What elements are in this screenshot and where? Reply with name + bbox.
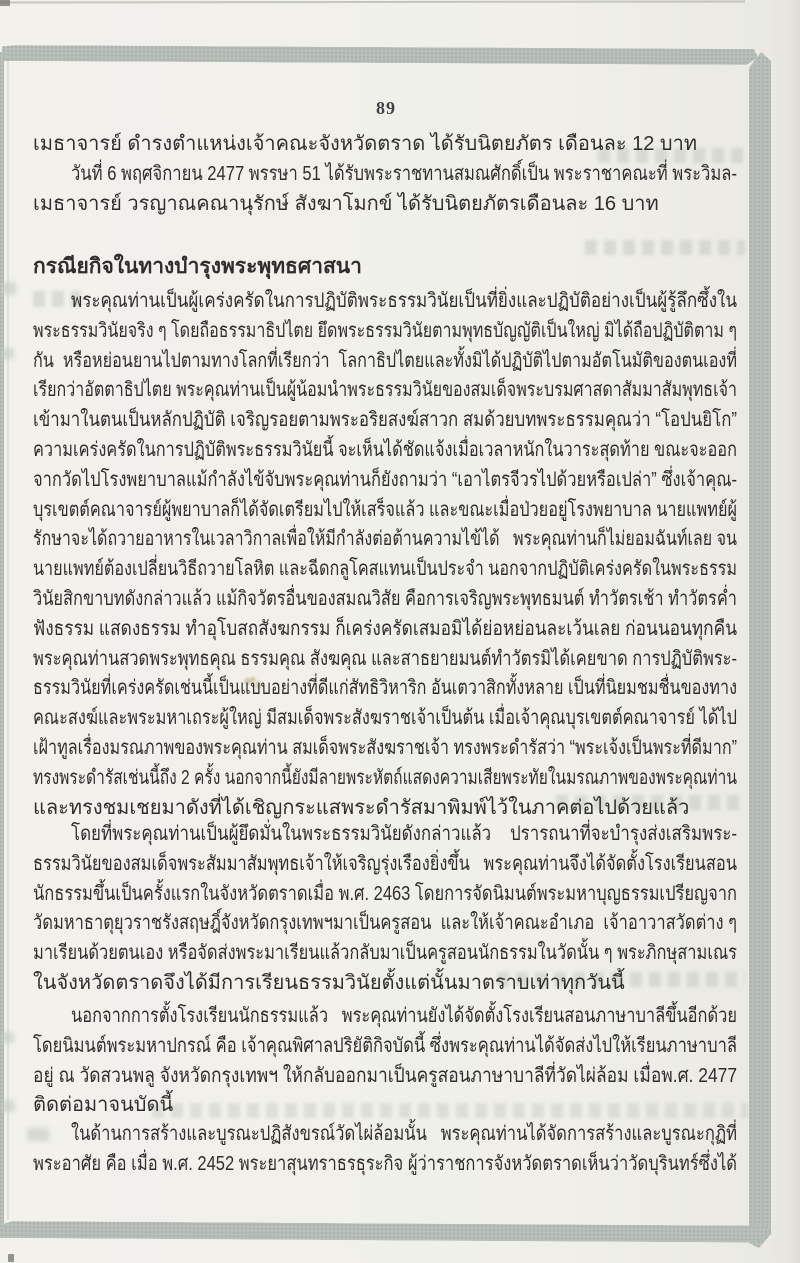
text-line-content: จากวัดไปโรงพยาบาลแม้กำลังไข้จับพระคุณท่า…: [33, 466, 737, 496]
text-line: พระคุณท่านสวดพระพุทธคุณ ธรรมคุณ สังฆคุณ …: [33, 645, 739, 675]
text-line: นอกจากการตั้งโรงเรียนนักธรรมแล้ว พระคุณท…: [33, 1002, 739, 1032]
text-line: พระคุณท่านเป็นผู้เคร่งครัดในการปฏิบัติพร…: [33, 287, 739, 317]
text-line-content: ธรรมวินัยที่เคร่งครัดเช่นนี้เป็นแบบอย่าง…: [33, 674, 737, 704]
text-line-content: พระอาศัย คือ เมื่อ พ.ศ. 2452 พระยาสุนทรา…: [33, 1150, 737, 1180]
block-para1: พระคุณท่านเป็นผู้เคร่งครัดในการปฏิบัติพร…: [33, 287, 739, 823]
text-line-content: บุรเขตต์คณาจารย์ผู้พยาบาลก็ได้จัดเตรียมไ…: [33, 496, 737, 526]
text-line-content: นายแพทย์ต้องเปลี่ยนวิธีถวายโลหิต และฉีดก…: [33, 555, 737, 585]
text-line-content: โดยที่พระคุณท่านเป็นผู้ยึดมั่นในพระธรรมว…: [71, 820, 737, 850]
text-line: ความเคร่งครัดในการปฏิบัติพระธรรมวินัยนี้…: [33, 436, 739, 466]
text-line: และทรงชมเชยมาดังที่ได้เชิญกระแสพระดำรัสม…: [33, 794, 739, 824]
text-line: เข้ามาในตนเป็นหลักปฏิบัติ เจริญรอยตามพระ…: [33, 406, 739, 436]
frame-band-left: [0, 52, 4, 1230]
text-line: เรียกว่าอัตตาธิปไตย พระคุณท่านเป็นผู้น้อ…: [33, 376, 739, 406]
text-line-content: เข้ามาในตนเป็นหลักปฏิบัติ เจริญรอยตามพระ…: [33, 406, 737, 436]
text-line: บุรเขตต์คณาจารย์ผู้พยาบาลก็ได้จัดเตรียมไ…: [33, 496, 739, 526]
text-line: ธรรมวินัยของสมเด็จพระสัมมาสัมพุทธเจ้าให้…: [33, 850, 739, 880]
text-line-content: นอกจากการตั้งโรงเรียนนักธรรมแล้ว พระคุณท…: [71, 1002, 737, 1032]
text-line: โดยที่พระคุณท่านเป็นผู้ยึดมั่นในพระธรรมว…: [33, 820, 739, 850]
text-line: ในจังหวัดตราดจึงได้มีการเรียนธรรมวินัยตั…: [33, 969, 739, 999]
text-line-content: และทรงชมเชยมาดังที่ได้เชิญกระแสพระดำรัสม…: [33, 794, 689, 824]
text-line: วัดมหาธาตุยุวราชรังสฤษฎิ์จังหวัดกรุงเทพฯ…: [33, 909, 739, 939]
text-line: มาเรียนด้วยตนเอง หรือจัดส่งพระมาเรียนแล้…: [33, 939, 739, 969]
block-intro: เมธาจารย์ ดำรงตำแหน่งเจ้าคณะจังหวัดตราด …: [33, 130, 739, 219]
text-line: กัน หรือหย่อนยานไปตามทางโลกที่เรียกว่า โ…: [33, 347, 739, 377]
text-line-content: เมธาจารย์ ดำรงตำแหน่งเจ้าคณะจังหวัดตราด …: [33, 130, 697, 160]
section-heading: กรณียกิจในทางบำรุงพระพุทธศาสนา: [33, 252, 739, 282]
text-line: โดยนิมนต์พระมหาปกรณ์ คือ เจ้าคุณพิศาลปริ…: [33, 1032, 739, 1062]
text-line-content: กัน หรือหย่อนยานไปตามทางโลกที่เรียกว่า โ…: [33, 347, 737, 377]
text-line-content: อยู่ ณ วัดสวนพลู จังหวัดกรุงเทพฯ ให้กลับ…: [33, 1062, 737, 1092]
text-area: เมธาจารย์ ดำรงตำแหน่งเจ้าคณะจังหวัดตราด …: [33, 0, 739, 1263]
text-line: เมธาจารย์ วรญาณคณานุรักษ์ สังฆาโมกข์ ได้…: [33, 190, 739, 220]
bleed-through-mark: [0, 1032, 14, 1043]
text-line: เฝ้าทูลเรื่องมรณภาพของพระคุณท่าน สมเด็จพ…: [33, 734, 739, 764]
bleed-through-mark: [0, 282, 16, 295]
bleed-through-mark: [0, 1100, 15, 1112]
text-line-content: วัดมหาธาตุยุวราชรังสฤษฎิ์จังหวัดกรุงเทพฯ…: [33, 909, 737, 939]
text-line: พระอาศัย คือ เมื่อ พ.ศ. 2452 พระยาสุนทรา…: [33, 1150, 739, 1180]
text-line: วันที่ 6 พฤศจิกายน 2477 พรรษา 51 ได้รับพ…: [33, 160, 739, 190]
text-line-content: มาเรียนด้วยตนเอง หรือจัดส่งพระมาเรียนแล้…: [33, 939, 737, 969]
text-line-content: พระคุณท่านสวดพระพุทธคุณ ธรรมคุณ สังฆคุณ …: [33, 645, 737, 675]
text-line: ในด้านการสร้างและบูรณะปฏิสังขรณ์วัดไผ่ล้…: [33, 1120, 739, 1150]
text-line-content: นักธรรมขึ้นเป็นครั้งแรกในจังหวัดตราดเมื่…: [33, 880, 737, 910]
scan-corner-mark: [0, 0, 10, 6]
text-line-content: เรียกว่าอัตตาธิปไตย พระคุณท่านเป็นผู้น้อ…: [33, 376, 737, 406]
text-line: ทรงพระดำรัสเช่นนี้ถึง 2 ครั้ง นอกจากนี้ย…: [33, 764, 739, 794]
text-line: รักษาจะได้ถวายอาหารในเวลาวิกาลเพื่อให้มี…: [33, 525, 739, 555]
text-line: อยู่ ณ วัดสวนพลู จังหวัดกรุงเทพฯ ให้กลับ…: [33, 1062, 739, 1092]
text-line-content: คณะสงฆ์และพระมหาเถระผู้ใหญ่ มีสมเด็จพระส…: [33, 704, 737, 734]
text-line-content: พระคุณท่านเป็นผู้เคร่งครัดในการปฏิบัติพร…: [71, 287, 737, 317]
text-line-content: ในด้านการสร้างและบูรณะปฏิสังขรณ์วัดไผ่ล้…: [71, 1120, 737, 1150]
text-line-content: เฝ้าทูลเรื่องมรณภาพของพระคุณท่าน สมเด็จพ…: [33, 734, 737, 764]
text-line: นายแพทย์ต้องเปลี่ยนวิธีถวายโลหิต และฉีดก…: [33, 555, 739, 585]
text-line: พระธรรมวินัยจริง ๆ โดยถือธรรมาธิปไตย ยึด…: [33, 317, 739, 347]
text-line-content: กรณียกิจในทางบำรุงพระพุทธศาสนา: [33, 252, 362, 282]
text-line: ธรรมวินัยที่เคร่งครัดเช่นนี้เป็นแบบอย่าง…: [33, 674, 739, 704]
text-line-content: วันที่ 6 พฤศจิกายน 2477 พรรษา 51 ได้รับพ…: [71, 160, 737, 190]
text-line: นักธรรมขึ้นเป็นครั้งแรกในจังหวัดตราดเมื่…: [33, 880, 739, 910]
text-line: ฟังธรรม แสดงธรรม ทำอุโบสถสังฆกรรม ก็เคร่…: [33, 615, 739, 645]
text-line-content: ติดต่อมาจนบัดนี้: [33, 1091, 173, 1121]
bleed-through-mark: [0, 348, 14, 359]
text-line: จากวัดไปโรงพยาบาลแม้กำลังไข้จับพระคุณท่า…: [33, 466, 739, 496]
text-line-content: ฟังธรรม แสดงธรรม ทำอุโบสถสังฆกรรม ก็เคร่…: [33, 615, 737, 645]
text-line-content: โดยนิมนต์พระมหาปกรณ์ คือ เจ้าคุณพิศาลปริ…: [33, 1032, 737, 1062]
text-line-content: พระธรรมวินัยจริง ๆ โดยถือธรรมาธิปไตย ยึด…: [33, 317, 737, 347]
block-para3: นอกจากการตั้งโรงเรียนนักธรรมแล้ว พระคุณท…: [33, 1002, 739, 1121]
text-line-content: ธรรมวินัยของสมเด็จพระสัมมาสัมพุทธเจ้าให้…: [33, 850, 737, 880]
scan-left-hairline: [7, 60, 9, 1220]
text-line: คณะสงฆ์และพระมหาเถระผู้ใหญ่ มีสมเด็จพระส…: [33, 704, 739, 734]
text-line-content: เมธาจารย์ วรญาณคณานุรักษ์ สังฆาโมกข์ ได้…: [33, 190, 659, 220]
text-line-content: ความเคร่งครัดในการปฏิบัติพระธรรมวินัยนี้…: [33, 436, 737, 466]
text-line: ติดต่อมาจนบัดนี้: [33, 1091, 739, 1121]
text-line: วินัยสิกขาบทดังกล่าวแล้ว แม้กิจวัตรอื่นข…: [33, 585, 739, 615]
page-curl-shade: [790, 0, 800, 1263]
text-line-content: รักษาจะได้ถวายอาหารในเวลาวิกาลเพื่อให้มี…: [33, 525, 737, 555]
scan-bottom-dot: [8, 1254, 14, 1262]
text-line-content: ในจังหวัดตราดจึงได้มีการเรียนธรรมวินัยตั…: [33, 969, 625, 999]
text-line-content: วินัยสิกขาบทดังกล่าวแล้ว แม้กิจวัตรอื่นข…: [33, 585, 737, 615]
block-para2: โดยที่พระคุณท่านเป็นผู้ยึดมั่นในพระธรรมว…: [33, 820, 739, 999]
block-section-heading: กรณียกิจในทางบำรุงพระพุทธศาสนา: [33, 252, 739, 282]
text-line-content: ทรงพระดำรัสเช่นนี้ถึง 2 ครั้ง นอกจากนี้ย…: [33, 764, 737, 794]
text-line: เมธาจารย์ ดำรงตำแหน่งเจ้าคณะจังหวัดตราด …: [33, 130, 739, 160]
block-para4: ในด้านการสร้างและบูรณะปฏิสังขรณ์วัดไผ่ล้…: [33, 1120, 739, 1180]
frame-band-right: [749, 52, 771, 1248]
